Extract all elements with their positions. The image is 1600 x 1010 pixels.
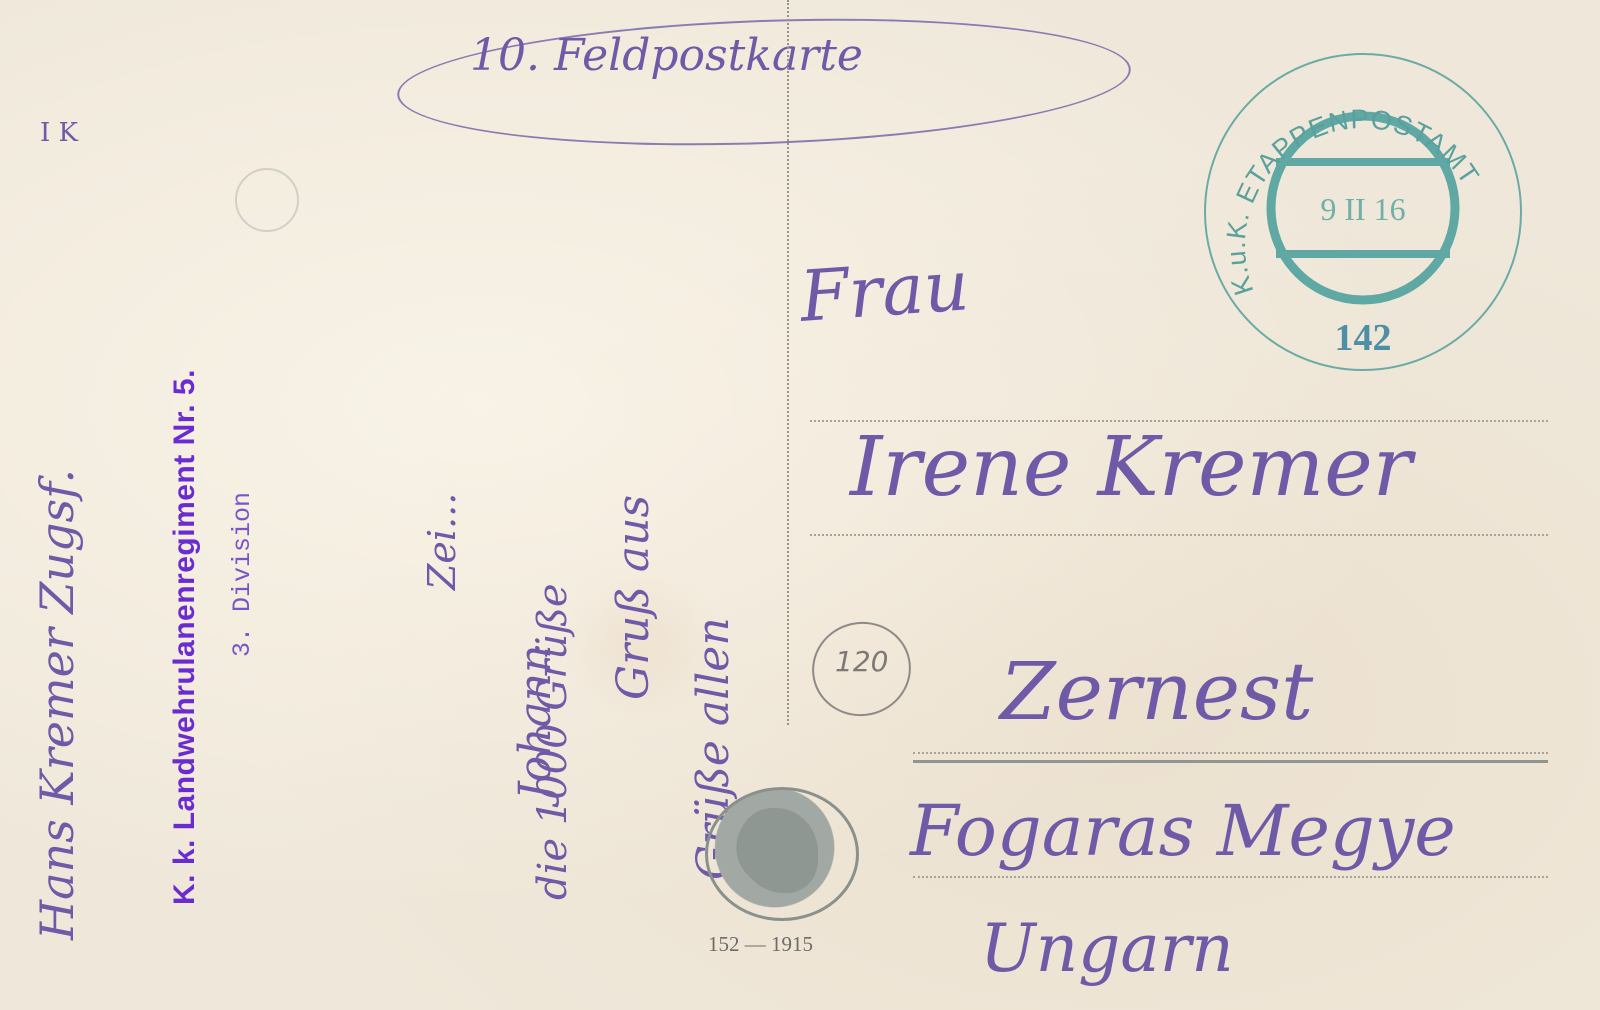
address-line-3 [913,752,1548,754]
postcard: Hans Kremer Zugsf. I K K. k. Landwehrula… [0,0,1600,1010]
address-name: Irene Kremer [850,420,1412,515]
postmark-office-number: 142 [1335,317,1392,359]
address-salutation: Frau [797,244,971,338]
regiment-stamp: K. k. Landwehrulanenregiment Nr. 5. [168,369,202,905]
eagle-seal-icon [705,787,859,921]
center-divider [787,0,789,725]
message-line-4: die 1000 Grüße [530,583,576,900]
address-line-2 [810,534,1548,536]
pencil-note: 120 [835,645,888,678]
message-line-2: Gruß aus [608,495,659,700]
address-underline-solid [913,760,1548,763]
division-stamp: 3. Division [228,492,257,657]
message-line-5: Zei... [420,493,464,590]
header-handwriting: 10. Feldpostkarte [470,30,863,81]
address-line-4 [913,876,1548,878]
postmark-date: 9 II 16 [1320,191,1405,227]
faint-circle-mark [235,168,299,232]
postmark-etappenpostamt: K.u.K. ETAPPENPOSTAMT 9 II 16 142 [1198,50,1528,375]
address-country: Ungarn [980,910,1234,987]
sender-handwriting: Hans Kremer Zugsf. [30,469,84,940]
address-county: Fogaras Megye [910,790,1456,872]
series-number: 152 — 1915 [708,932,813,957]
address-town: Zernest [1000,645,1313,738]
sender-rank: I K [40,118,78,148]
